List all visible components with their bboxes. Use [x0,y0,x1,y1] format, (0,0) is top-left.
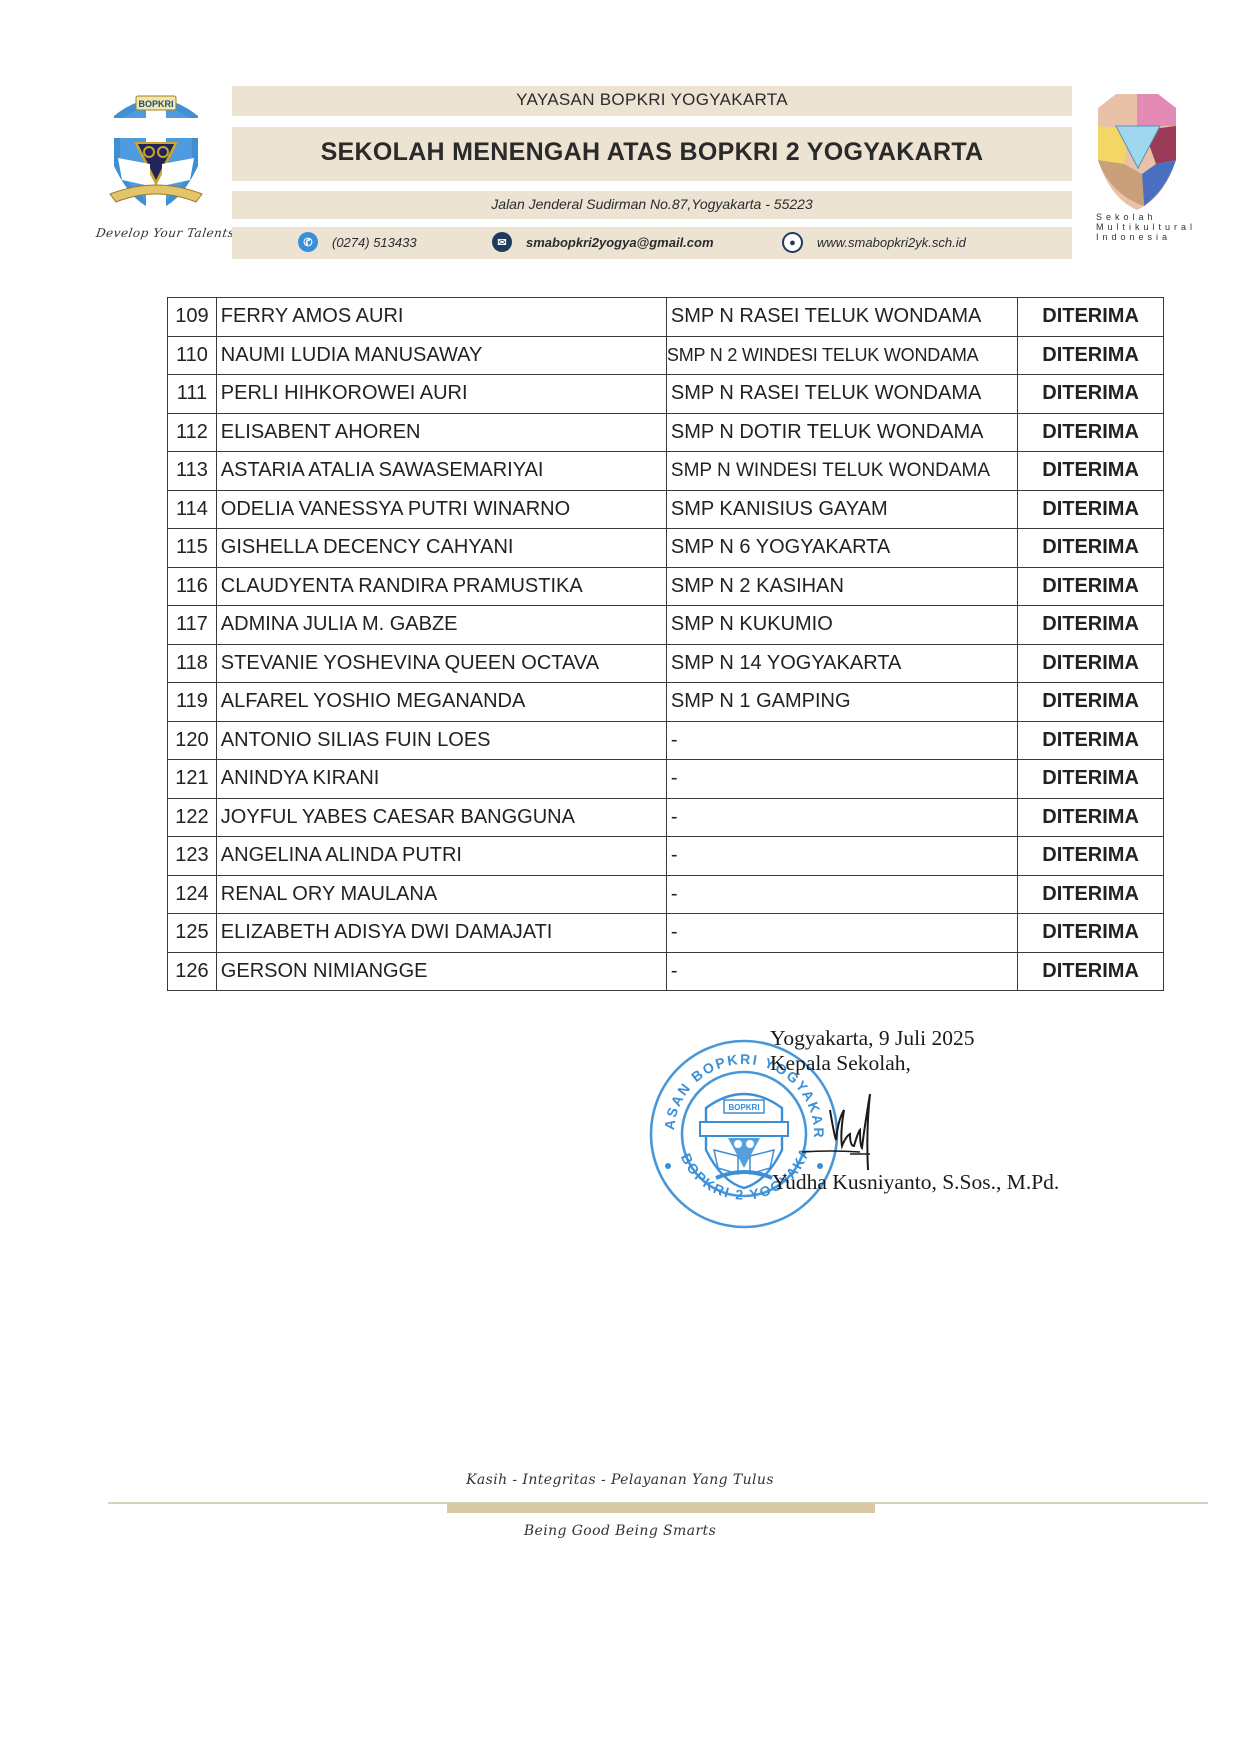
table-row: 109FERRY AMOS AURISMP N RASEI TELUK WOND… [168,298,1164,337]
multikultural-caption: Sekolah Multikultural Indonesia [1096,212,1196,242]
globe-icon: ● [782,232,803,253]
student-name: ANTONIO SILIAS FUIN LOES [216,721,666,760]
status-badge: DITERIMA [1018,529,1164,568]
table-row: 115GISHELLA DECENCY CAHYANISMP N 6 YOGYA… [168,529,1164,568]
previous-school: SMP N RASEI TELUK WONDAMA [666,375,1017,414]
student-name: ALFAREL YOSHIO MEGANANDA [216,683,666,722]
previous-school: - [666,760,1017,799]
status-badge: DITERIMA [1018,798,1164,837]
svg-text:BOPKRI: BOPKRI [138,99,173,109]
phone-icon: ✆ [298,232,318,252]
status-badge: DITERIMA [1018,336,1164,375]
row-number: 118 [168,644,217,683]
previous-school: SMP N DOTIR TELUK WONDAMA [666,413,1017,452]
table-row: 120ANTONIO SILIAS FUIN LOES-DITERIMA [168,721,1164,760]
student-name: PERLI HIHKOROWEI AURI [216,375,666,414]
previous-school: - [666,952,1017,991]
contact-phone: ✆ (0274) 513433 [298,232,417,252]
svg-text:BOPKRI: BOPKRI [728,1103,759,1112]
row-number: 126 [168,952,217,991]
status-badge: DITERIMA [1018,375,1164,414]
footer-accent-bar [447,1503,875,1513]
table-row: 122JOYFUL YABES CAESAR BANGGUNA-DITERIMA [168,798,1164,837]
school-name: SEKOLAH MENENGAH ATAS BOPKRI 2 YOGYAKART… [232,138,1072,167]
footer-tagline: Being Good Being Smarts [0,1523,1240,1539]
row-number: 109 [168,298,217,337]
footer-motto: Kasih - Integritas - Pelayanan Yang Tulu… [0,1472,1240,1488]
student-name: ELIZABETH ADISYA DWI DAMAJATI [216,914,666,953]
previous-school: - [666,875,1017,914]
status-badge: DITERIMA [1018,452,1164,491]
table-row: 121ANINDYA KIRANI-DITERIMA [168,760,1164,799]
row-number: 123 [168,837,217,876]
row-number: 116 [168,567,217,606]
student-name: FERRY AMOS AURI [216,298,666,337]
student-name: JOYFUL YABES CAESAR BANGGUNA [216,798,666,837]
table-row: 117ADMINA JULIA M. GABZESMP N KUKUMIODIT… [168,606,1164,645]
bopkri-school-logo-icon: BOPKRI [100,86,212,216]
contact-email: ✉ smabopkri2yogya@gmail.com [492,232,714,252]
row-number: 117 [168,606,217,645]
row-number: 114 [168,490,217,529]
table-row: 110NAUMI LUDIA MANUSAWAYSMP N 2 WINDESI … [168,336,1164,375]
handwritten-signature-icon [800,1090,896,1176]
status-badge: DITERIMA [1018,683,1164,722]
status-badge: DITERIMA [1018,606,1164,645]
status-badge: DITERIMA [1018,837,1164,876]
row-number: 125 [168,914,217,953]
row-number: 115 [168,529,217,568]
student-name: NAUMI LUDIA MANUSAWAY [216,336,666,375]
place-date: Yogyakarta, 9 Juli 2025 [770,1026,974,1051]
previous-school: SMP KANISIUS GAYAM [666,490,1017,529]
student-name: STEVANIE YOSHEVINA QUEEN OCTAVA [216,644,666,683]
table-row: 114ODELIA VANESSYA PUTRI WINARNOSMP KANI… [168,490,1164,529]
previous-school: SMP N 14 YOGYAKARTA [666,644,1017,683]
previous-school: SMP N 2 KASIHAN [666,567,1017,606]
previous-school: - [666,837,1017,876]
student-name: ODELIA VANESSYA PUTRI WINARNO [216,490,666,529]
row-number: 113 [168,452,217,491]
previous-school: SMP N 6 YOGYAKARTA [666,529,1017,568]
signature-block: Yogyakarta, 9 Juli 2025 Kepala Sekolah, [770,1026,974,1076]
table-row: 123ANGELINA ALINDA PUTRI-DITERIMA [168,837,1164,876]
status-badge: DITERIMA [1018,760,1164,799]
signer-position: Kepala Sekolah, [770,1051,974,1076]
multikultural-shield-logo-icon [1094,90,1180,212]
student-name: GERSON NIMIANGGE [216,952,666,991]
table-row: 118STEVANIE YOSHEVINA QUEEN OCTAVASMP N … [168,644,1164,683]
status-badge: DITERIMA [1018,914,1164,953]
contact-website: ● www.smabopkri2yk.sch.id [782,232,966,253]
row-number: 121 [168,760,217,799]
school-address: Jalan Jenderal Sudirman No.87,Yogyakarta… [232,196,1072,212]
phone-number: (0274) 513433 [332,235,417,250]
status-badge: DITERIMA [1018,875,1164,914]
previous-school: SMP N KUKUMIO [666,606,1017,645]
email-icon: ✉ [492,232,512,252]
row-number: 110 [168,336,217,375]
status-badge: DITERIMA [1018,567,1164,606]
status-badge: DITERIMA [1018,644,1164,683]
table-row: 113ASTARIA ATALIA SAWASEMARIYAISMP N WIN… [168,452,1164,491]
row-number: 112 [168,413,217,452]
previous-school: SMP N WINDESI TELUK WONDAMA [666,452,1017,491]
previous-school: SMP N 1 GAMPING [666,683,1017,722]
table-row: 112ELISABENT AHORENSMP N DOTIR TELUK WON… [168,413,1164,452]
signer-name: Yudha Kusniyanto, S.Sos., M.Pd. [772,1170,1059,1195]
student-name: ASTARIA ATALIA SAWASEMARIYAI [216,452,666,491]
website-url[interactable]: www.smabopkri2yk.sch.id [817,235,966,250]
table-row: 126GERSON NIMIANGGE-DITERIMA [168,952,1164,991]
student-name: ANINDYA KIRANI [216,760,666,799]
accepted-students-table: 109FERRY AMOS AURISMP N RASEI TELUK WOND… [167,297,1164,991]
student-name: GISHELLA DECENCY CAHYANI [216,529,666,568]
table-row: 124RENAL ORY MAULANA-DITERIMA [168,875,1164,914]
previous-school: - [666,914,1017,953]
previous-school: SMP N 2 WINDESI TELUK WONDAMA [666,336,1017,375]
status-badge: DITERIMA [1018,952,1164,991]
student-name: CLAUDYENTA RANDIRA PRAMUSTIKA [216,567,666,606]
previous-school: - [666,721,1017,760]
status-badge: DITERIMA [1018,721,1164,760]
table-row: 119ALFAREL YOSHIO MEGANANDASMP N 1 GAMPI… [168,683,1164,722]
email-address[interactable]: smabopkri2yogya@gmail.com [526,235,714,250]
status-badge: DITERIMA [1018,413,1164,452]
row-number: 119 [168,683,217,722]
student-name: ADMINA JULIA M. GABZE [216,606,666,645]
status-badge: DITERIMA [1018,298,1164,337]
table-row: 125ELIZABETH ADISYA DWI DAMAJATI-DITERIM… [168,914,1164,953]
table-row: 116CLAUDYENTA RANDIRA PRAMUSTIKASMP N 2 … [168,567,1164,606]
status-badge: DITERIMA [1018,490,1164,529]
student-name: RENAL ORY MAULANA [216,875,666,914]
previous-school: - [666,798,1017,837]
row-number: 120 [168,721,217,760]
foundation-name: YAYASAN BOPKRI YOGYAKARTA [232,90,1072,110]
previous-school: SMP N RASEI TELUK WONDAMA [666,298,1017,337]
left-tagline: Develop Your Talents [95,226,235,240]
student-name: ANGELINA ALINDA PUTRI [216,837,666,876]
student-name: ELISABENT AHOREN [216,413,666,452]
row-number: 124 [168,875,217,914]
table-row: 111PERLI HIHKOROWEI AURISMP N RASEI TELU… [168,375,1164,414]
row-number: 111 [168,375,217,414]
row-number: 122 [168,798,217,837]
